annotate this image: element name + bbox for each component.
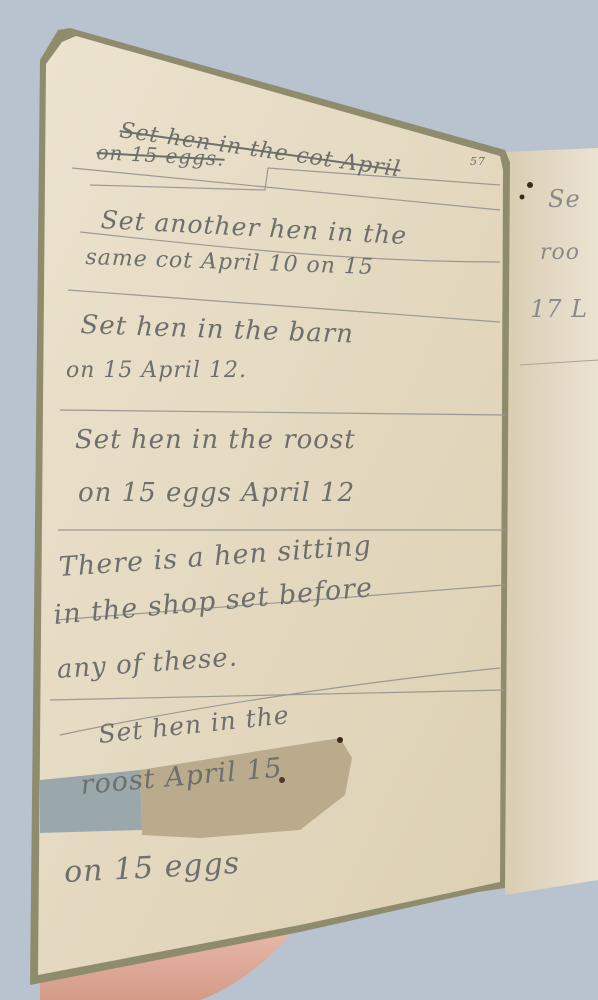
- margin-mark: 57: [470, 155, 486, 168]
- right-page-line-1: Se: [548, 185, 581, 213]
- notebook-photo: Set hen in the cot April on 15 eggs. 57 …: [0, 0, 598, 1000]
- right-page-line-3: 17 L: [530, 295, 588, 323]
- entry-3-line-2: on 15 April 12.: [66, 358, 247, 383]
- entry-4-line-2: on 15 eggs April 12: [78, 478, 355, 508]
- entry-4-line-1: Set hen in the roost: [75, 425, 356, 455]
- right-page-line-2: roo: [540, 240, 580, 265]
